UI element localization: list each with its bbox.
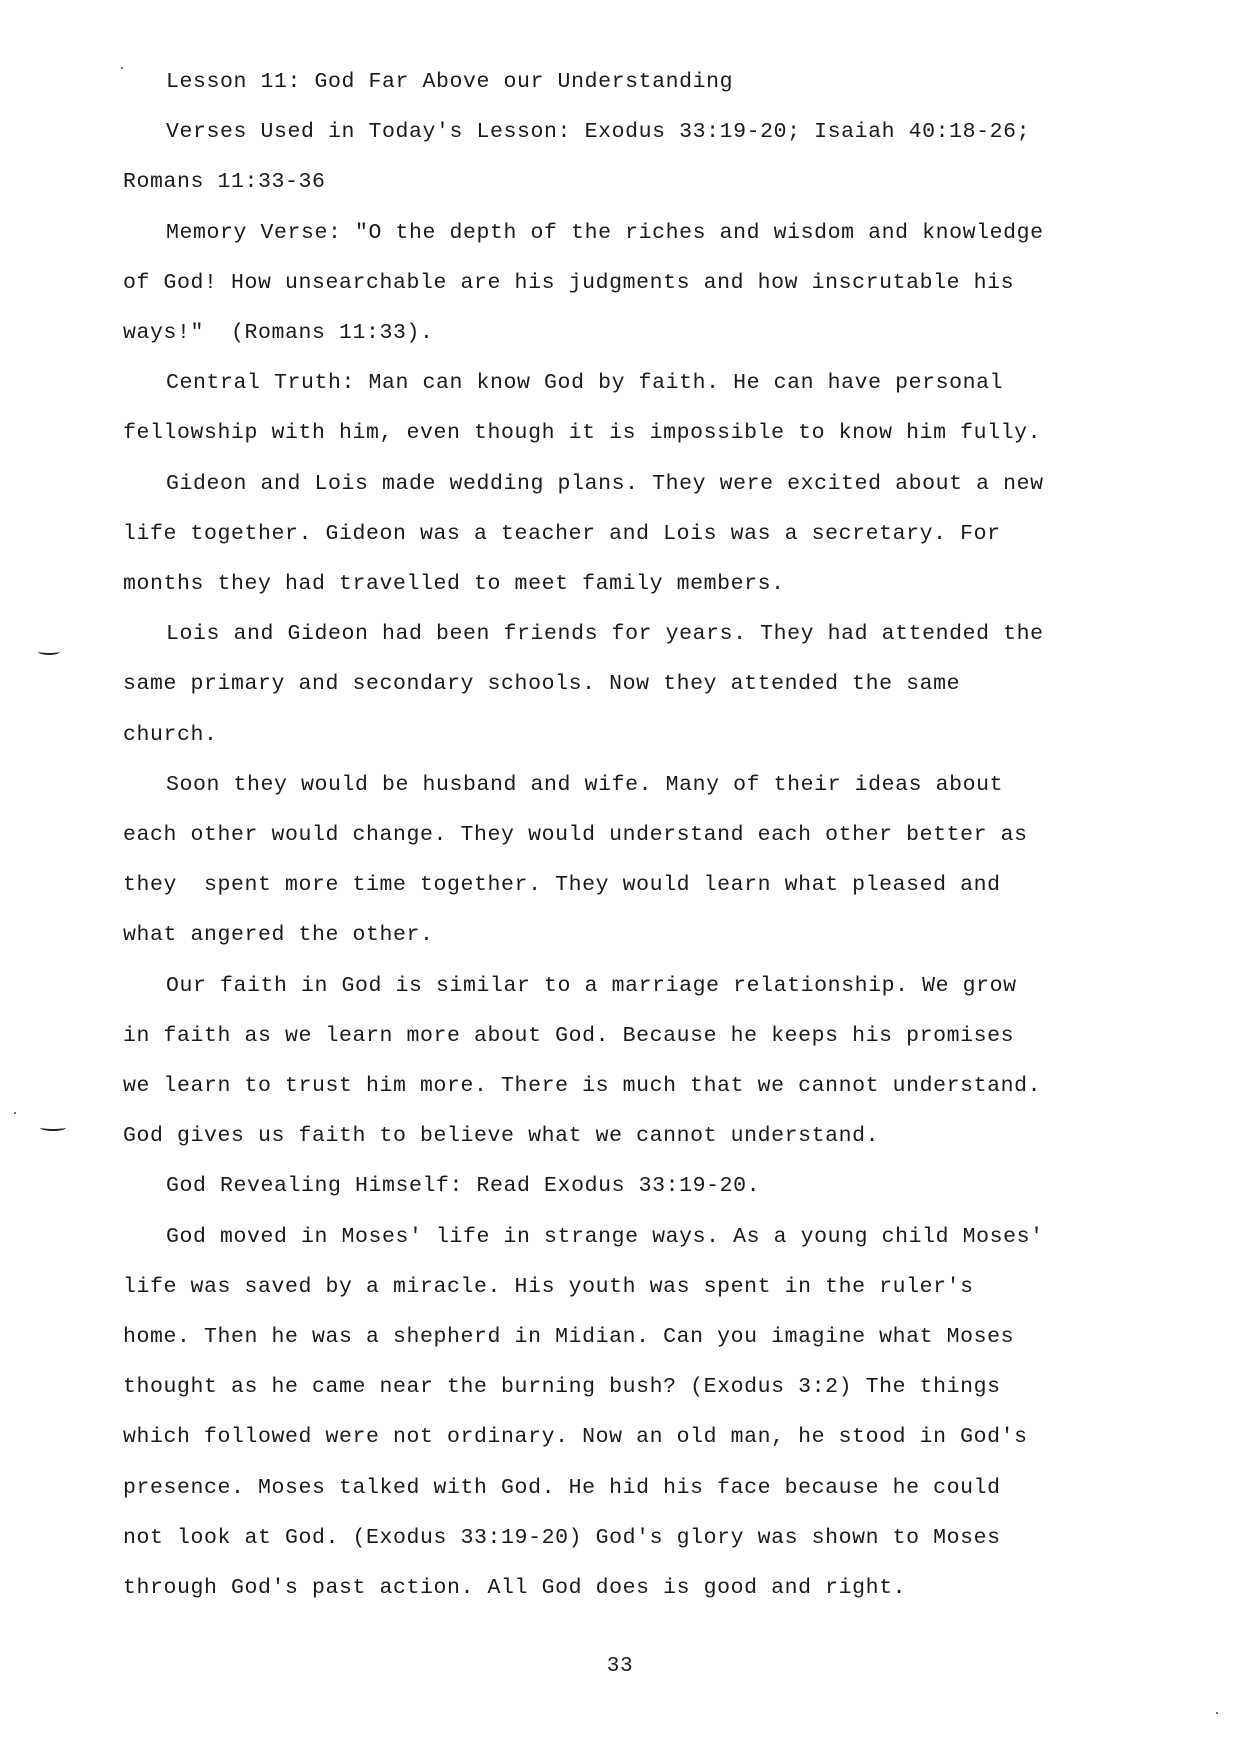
text-line: presence. Moses talked with God. He hid … xyxy=(123,1478,1001,1500)
text-line: they spent more time together. They woul… xyxy=(123,875,1001,897)
text-line: fellowship with him, even though it is i… xyxy=(123,423,1041,445)
scan-speck xyxy=(121,67,123,69)
text-line: we learn to trust him more. There is muc… xyxy=(123,1076,1041,1098)
text-line: God gives us faith to believe what we ca… xyxy=(123,1126,879,1148)
text-line: Central Truth: Man can know God by faith… xyxy=(166,373,1003,395)
text-line: Lois and Gideon had been friends for yea… xyxy=(166,624,1044,646)
scan-speck xyxy=(14,1112,16,1114)
text-line: same primary and secondary schools. Now … xyxy=(123,674,960,696)
text-line: Lesson 11: God Far Above our Understandi… xyxy=(166,72,733,94)
text-line: through God's past action. All God does … xyxy=(123,1578,906,1600)
text-line: life was saved by a miracle. His youth w… xyxy=(123,1277,974,1299)
text-line: ways!" (Romans 11:33). xyxy=(123,323,434,345)
scan-speck xyxy=(1216,1712,1218,1714)
text-line: home. Then he was a shepherd in Midian. … xyxy=(123,1327,1014,1349)
text-line: what angered the other. xyxy=(123,925,434,947)
text-line: of God! How unsearchable are his judgmen… xyxy=(123,273,1014,295)
scan-mark xyxy=(40,1124,66,1131)
text-line: God moved in Moses' life in strange ways… xyxy=(166,1227,1044,1249)
text-line: Romans 11:33-36 xyxy=(123,172,326,194)
text-line: not look at God. (Exodus 33:19-20) God's… xyxy=(123,1528,1001,1550)
text-line: life together. Gideon was a teacher and … xyxy=(123,524,1001,546)
text-line: thought as he came near the burning bush… xyxy=(123,1377,1001,1399)
scan-mark xyxy=(38,648,60,655)
text-line: church. xyxy=(123,725,218,747)
text-line: in faith as we learn more about God. Bec… xyxy=(123,1026,1014,1048)
text-line: Our faith in God is similar to a marriag… xyxy=(166,976,1017,998)
text-line: Gideon and Lois made wedding plans. They… xyxy=(166,474,1044,496)
document-page: Lesson 11: God Far Above our Understandi… xyxy=(0,0,1240,1753)
text-line: Memory Verse: "O the depth of the riches… xyxy=(166,223,1044,245)
page-number: 33 xyxy=(0,1655,1240,1678)
text-line: which followed were not ordinary. Now an… xyxy=(123,1427,1028,1449)
text-line: Verses Used in Today's Lesson: Exodus 33… xyxy=(166,122,1030,144)
text-line: each other would change. They would unde… xyxy=(123,825,1028,847)
text-line: months they had travelled to meet family… xyxy=(123,574,785,596)
text-line: God Revealing Himself: Read Exodus 33:19… xyxy=(166,1176,760,1198)
text-line: Soon they would be husband and wife. Man… xyxy=(166,775,1003,797)
